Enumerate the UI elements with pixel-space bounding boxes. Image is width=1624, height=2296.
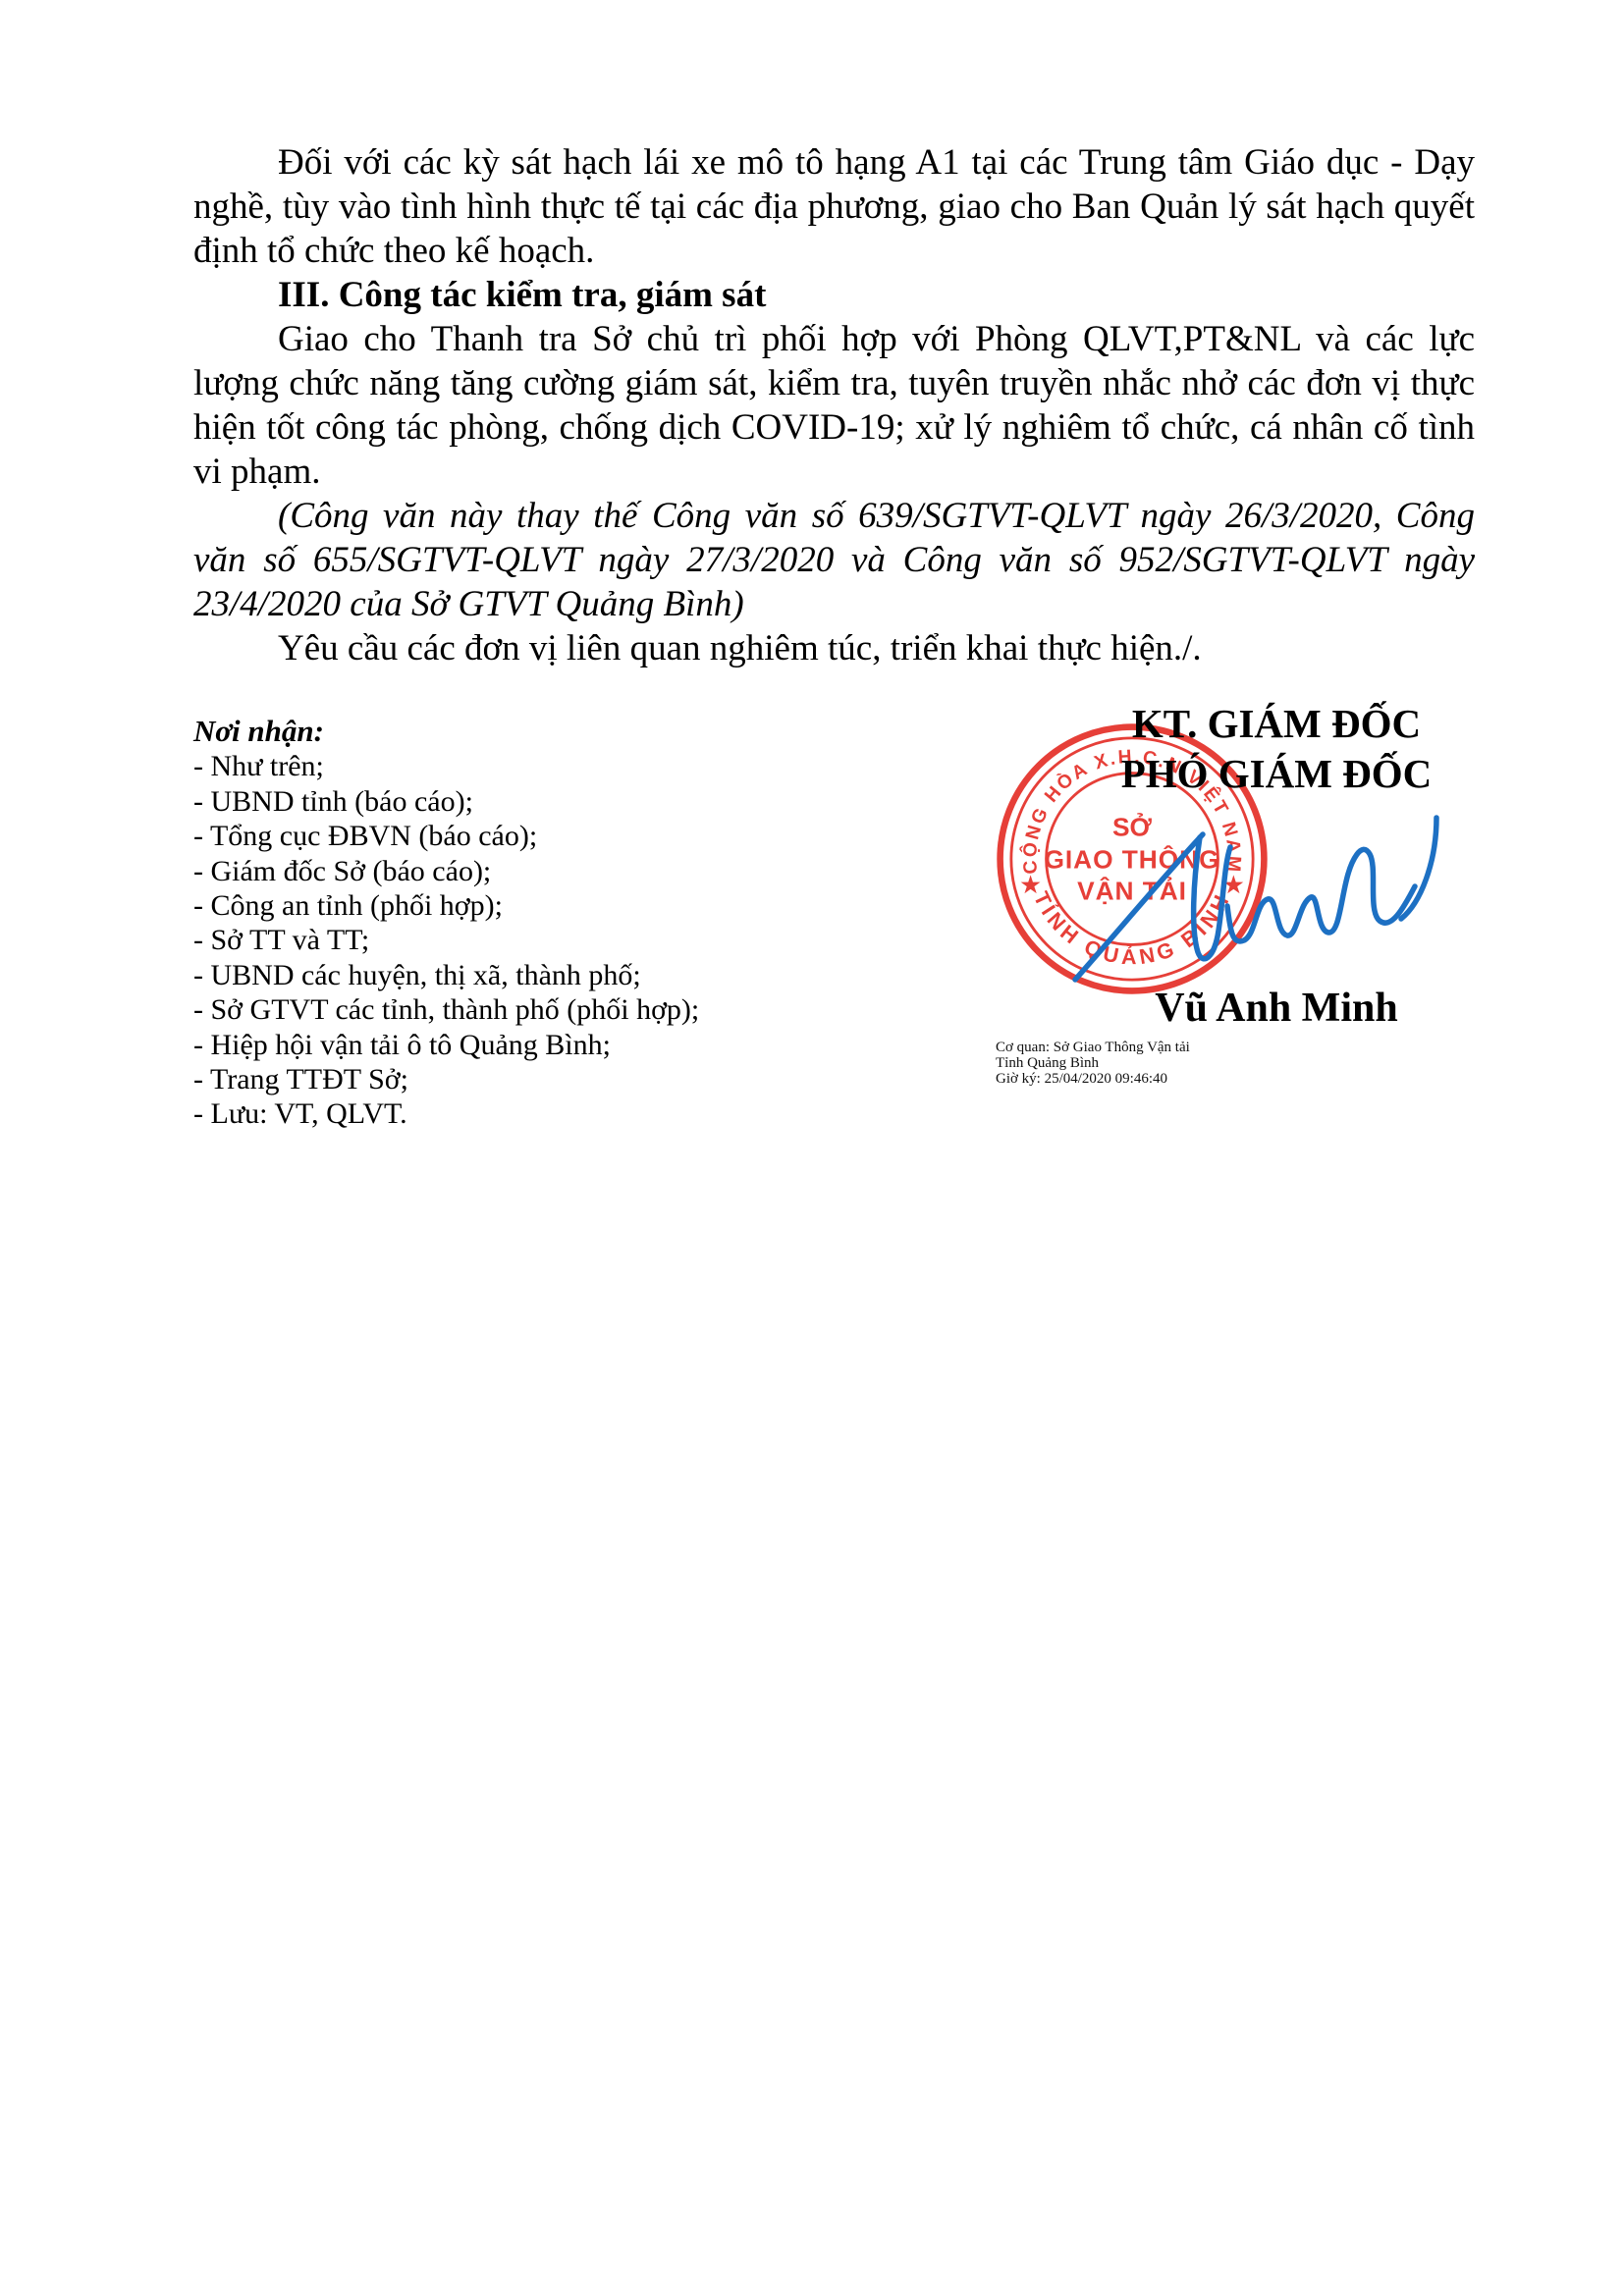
cert-signtime-line: Giờ ký: 25/04/2020 09:46:40 bbox=[996, 1072, 1190, 1088]
recipient-item: - Như trên; bbox=[193, 749, 802, 783]
recipients-header: Nơi nhận: bbox=[193, 714, 802, 748]
digital-signature-info: Cơ quan: Sở Giao Thông Vận tải Tỉnh Quản… bbox=[996, 1041, 1190, 1087]
recipient-item: - Công an tỉnh (phối hợp); bbox=[193, 888, 802, 923]
recipient-item: - Sở GTVT các tỉnh, thành phố (phối hợp)… bbox=[193, 992, 802, 1027]
recipient-item: - Lưu: VT, QLVT. bbox=[193, 1096, 802, 1131]
handwritten-signature bbox=[1046, 793, 1458, 999]
paragraph-replacement-note: (Công văn này thay thế Công văn số 639/S… bbox=[193, 494, 1475, 626]
cert-agency-line: Cơ quan: Sở Giao Thông Vận tải bbox=[996, 1041, 1190, 1056]
signature-stroke-letters bbox=[1227, 849, 1415, 941]
paragraph-a1-exams: Đối với các kỳ sát hạch lái xe mô tô hạn… bbox=[193, 140, 1475, 273]
paragraph-closing: Yêu cầu các đơn vị liên quan nghiêm túc,… bbox=[193, 626, 1475, 670]
recipient-item: - UBND các huyện, thị xã, thành phố; bbox=[193, 958, 802, 992]
recipient-item: - Giám đốc Sở (báo cáo); bbox=[193, 854, 802, 888]
document-page: Đối với các kỳ sát hạch lái xe mô tô hạn… bbox=[0, 0, 1624, 2296]
stamp-star-left-icon: ★ bbox=[1020, 873, 1041, 897]
recipients-list: - Như trên; - UBND tỉnh (báo cáo); - Tổn… bbox=[193, 749, 802, 1131]
signer-name: Vũ Anh Minh bbox=[1070, 985, 1483, 1032]
recipient-item: - Trang TTĐT Sở; bbox=[193, 1062, 802, 1096]
cert-province-line: Tỉnh Quảng Bình bbox=[996, 1056, 1190, 1072]
signature-stroke-diagonal bbox=[1075, 834, 1203, 980]
recipient-item: - Sở TT và TT; bbox=[193, 923, 802, 957]
recipients-block: Nơi nhận: - Như trên; - UBND tỉnh (báo c… bbox=[193, 714, 802, 1132]
body-text: Đối với các kỳ sát hạch lái xe mô tô hạn… bbox=[193, 140, 1475, 670]
recipient-item: - UBND tỉnh (báo cáo); bbox=[193, 784, 802, 819]
recipient-item: - Tổng cục ĐBVN (báo cáo); bbox=[193, 819, 802, 853]
paragraph-inspection: Giao cho Thanh tra Sở chủ trì phối hợp v… bbox=[193, 317, 1475, 494]
signature-stroke-initial bbox=[1194, 837, 1230, 959]
recipient-item: - Hiệp hội vận tải ô tô Quảng Bình; bbox=[193, 1028, 802, 1062]
section-heading-iii: III. Công tác kiểm tra, giám sát bbox=[193, 273, 1475, 317]
